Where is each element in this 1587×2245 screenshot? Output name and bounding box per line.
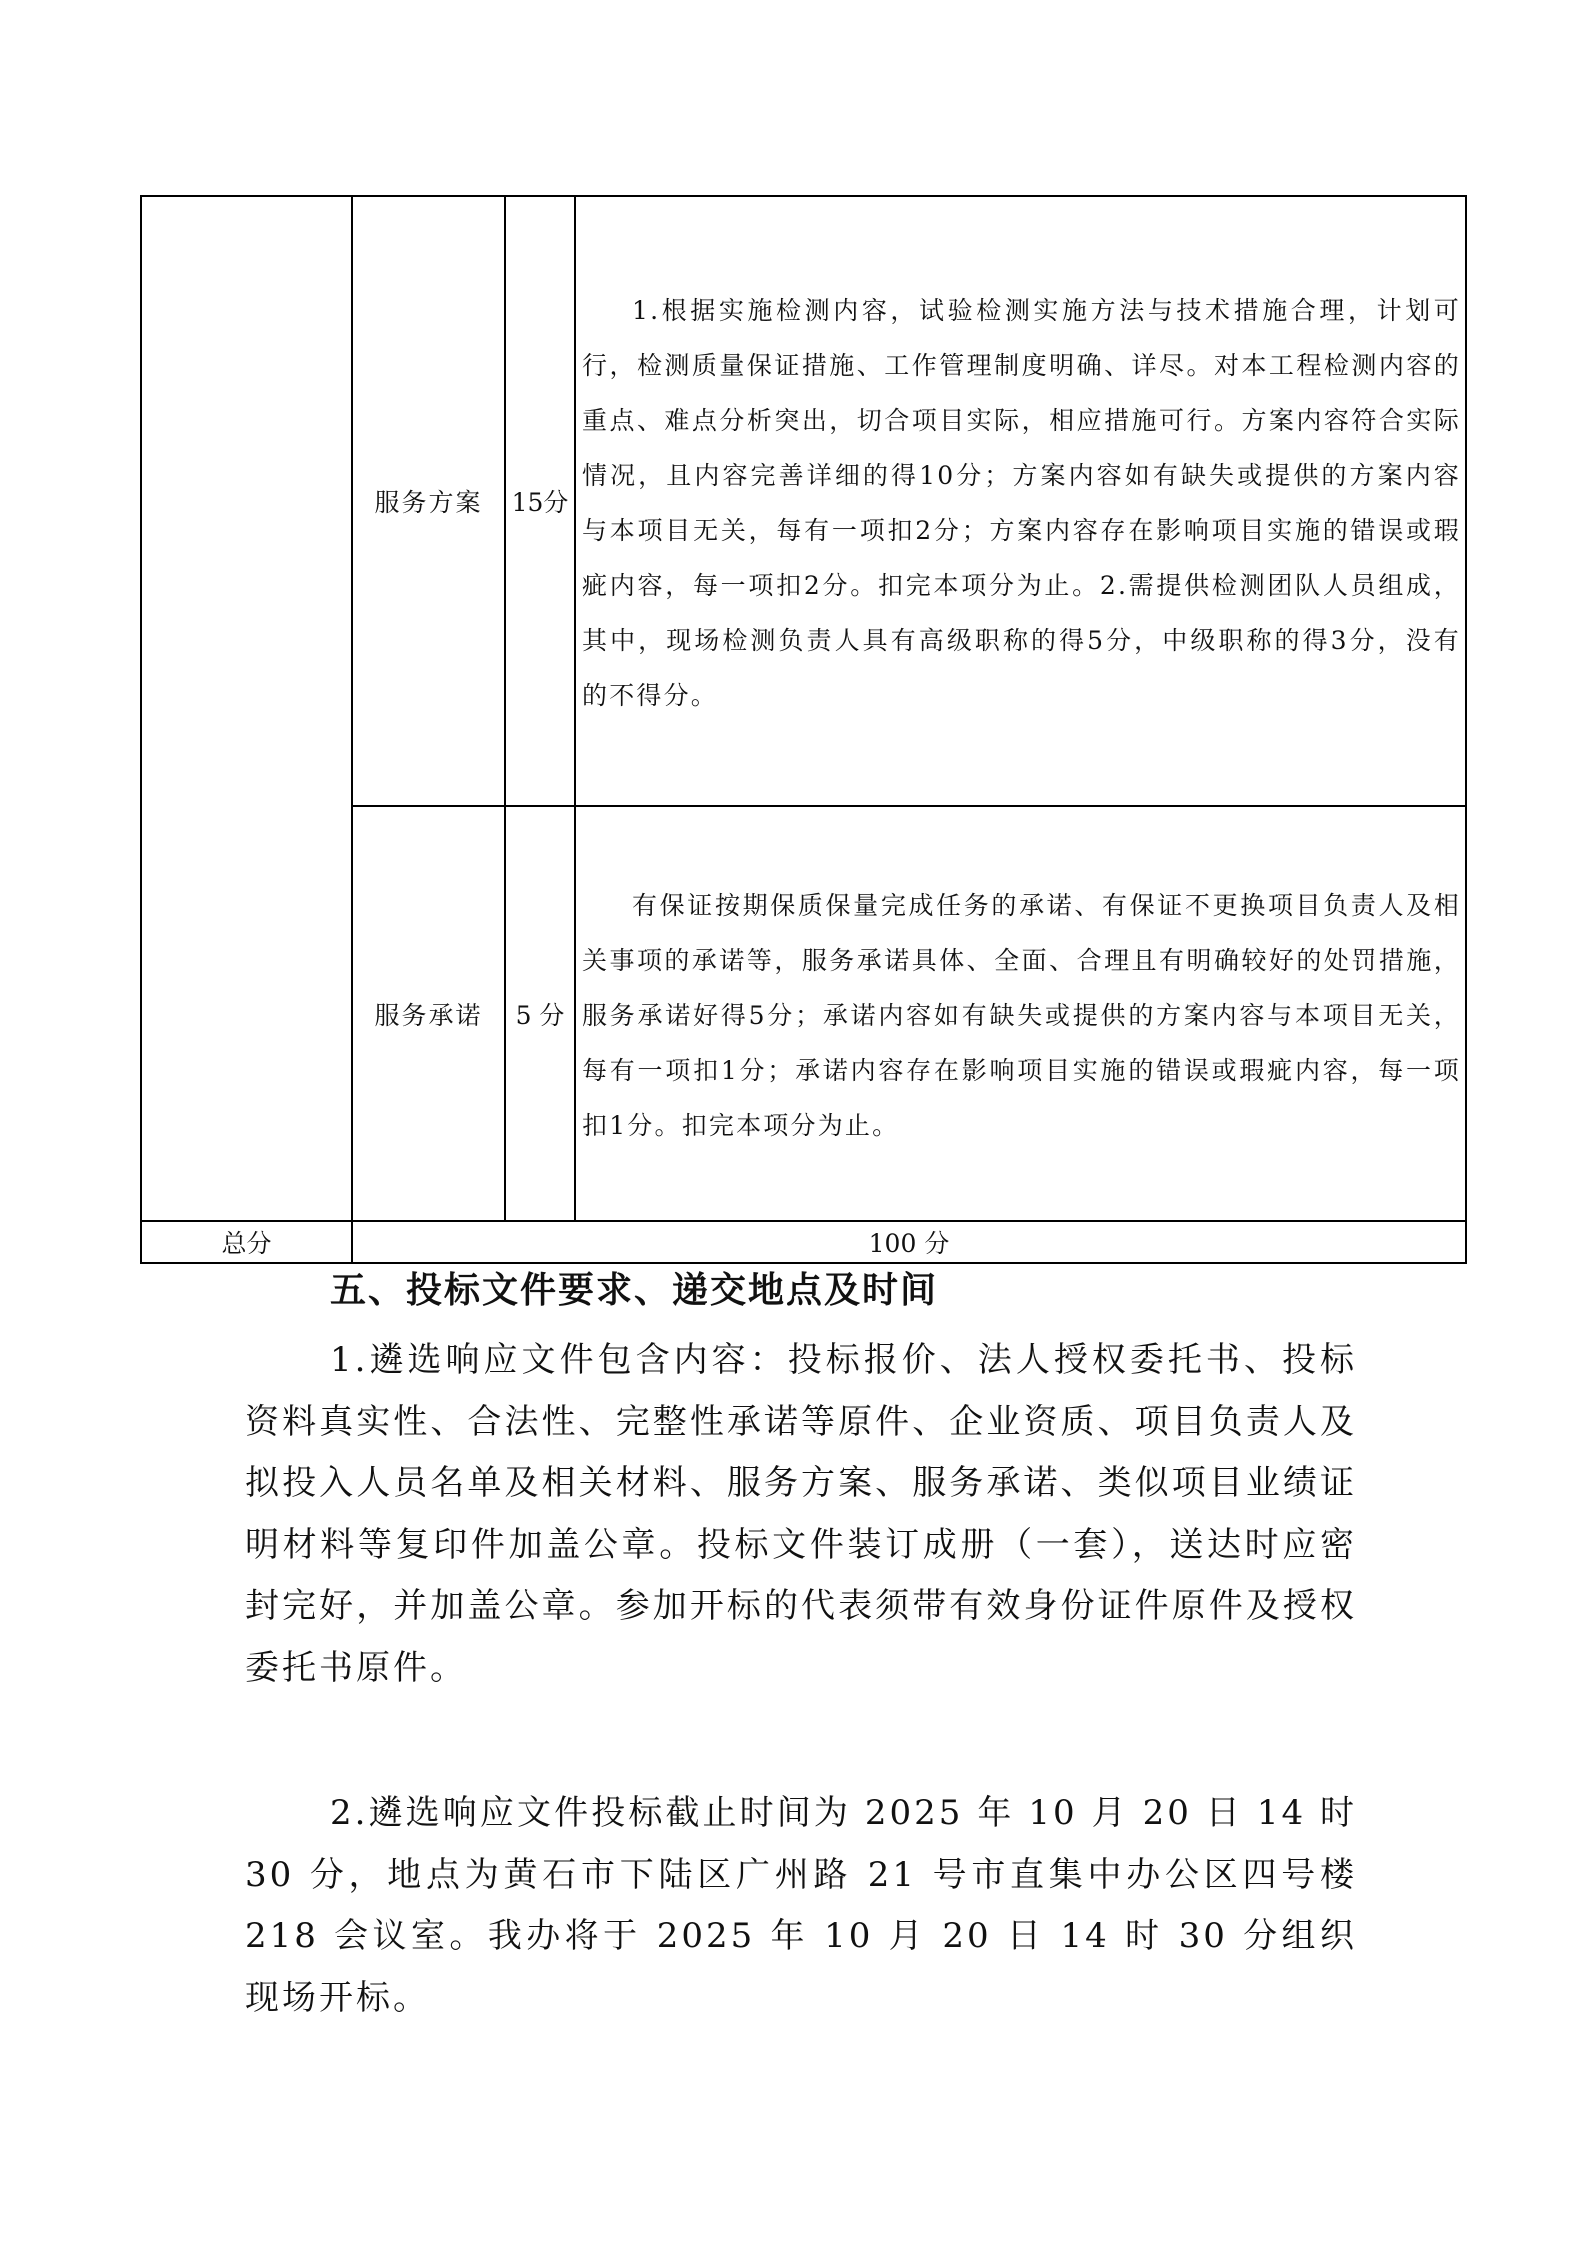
scoring-table: 服务方案 15分 1.根据实施检测内容，试验检测实施方法与技术措施合理，计划可行… [140,195,1467,1264]
criteria-cell: 有保证按期保质保量完成任务的承诺、有保证不更换项目负责人及相关事项的承诺等，服务… [575,806,1466,1221]
paragraph-text: 1.遴选响应文件包含内容：投标报价、法人授权委托书、投标资料真实性、合法性、完整… [245,1330,1357,1699]
criteria-cell: 1.根据实施检测内容，试验检测实施方法与技术措施合理，计划可行，检测质量保证措施… [575,196,1466,806]
table-row-service-plan: 服务方案 15分 1.根据实施检测内容，试验检测实施方法与技术措施合理，计划可行… [141,196,1466,806]
item-score-cell: 5 分 [505,806,575,1221]
item-score-cell: 15分 [505,196,575,806]
criteria-text: 1.根据实施检测内容，试验检测实施方法与技术措施合理，计划可行，检测质量保证措施… [582,283,1461,723]
item-name-cell: 服务承诺 [352,806,505,1221]
total-label: 总分 [141,1221,352,1263]
criteria-text: 有保证按期保质保量完成任务的承诺、有保证不更换项目负责人及相关事项的承诺等，服务… [582,878,1461,1153]
paragraph-2: 2.遴选响应文件投标截止时间为 2025 年 10 月 20 日 14 时 30… [245,1783,1357,2029]
category-cell [141,196,352,1221]
section-heading: 五、投标文件要求、递交地点及时间 [330,1262,1442,1313]
total-value: 100 分 [352,1221,1466,1263]
paragraph-1: 1.遴选响应文件包含内容：投标报价、法人授权委托书、投标资料真实性、合法性、完整… [245,1330,1357,1699]
paragraph-text: 2.遴选响应文件投标截止时间为 2025 年 10 月 20 日 14 时 30… [245,1783,1357,2029]
item-name-cell: 服务方案 [352,196,505,806]
table-row-total: 总分 100 分 [141,1221,1466,1263]
